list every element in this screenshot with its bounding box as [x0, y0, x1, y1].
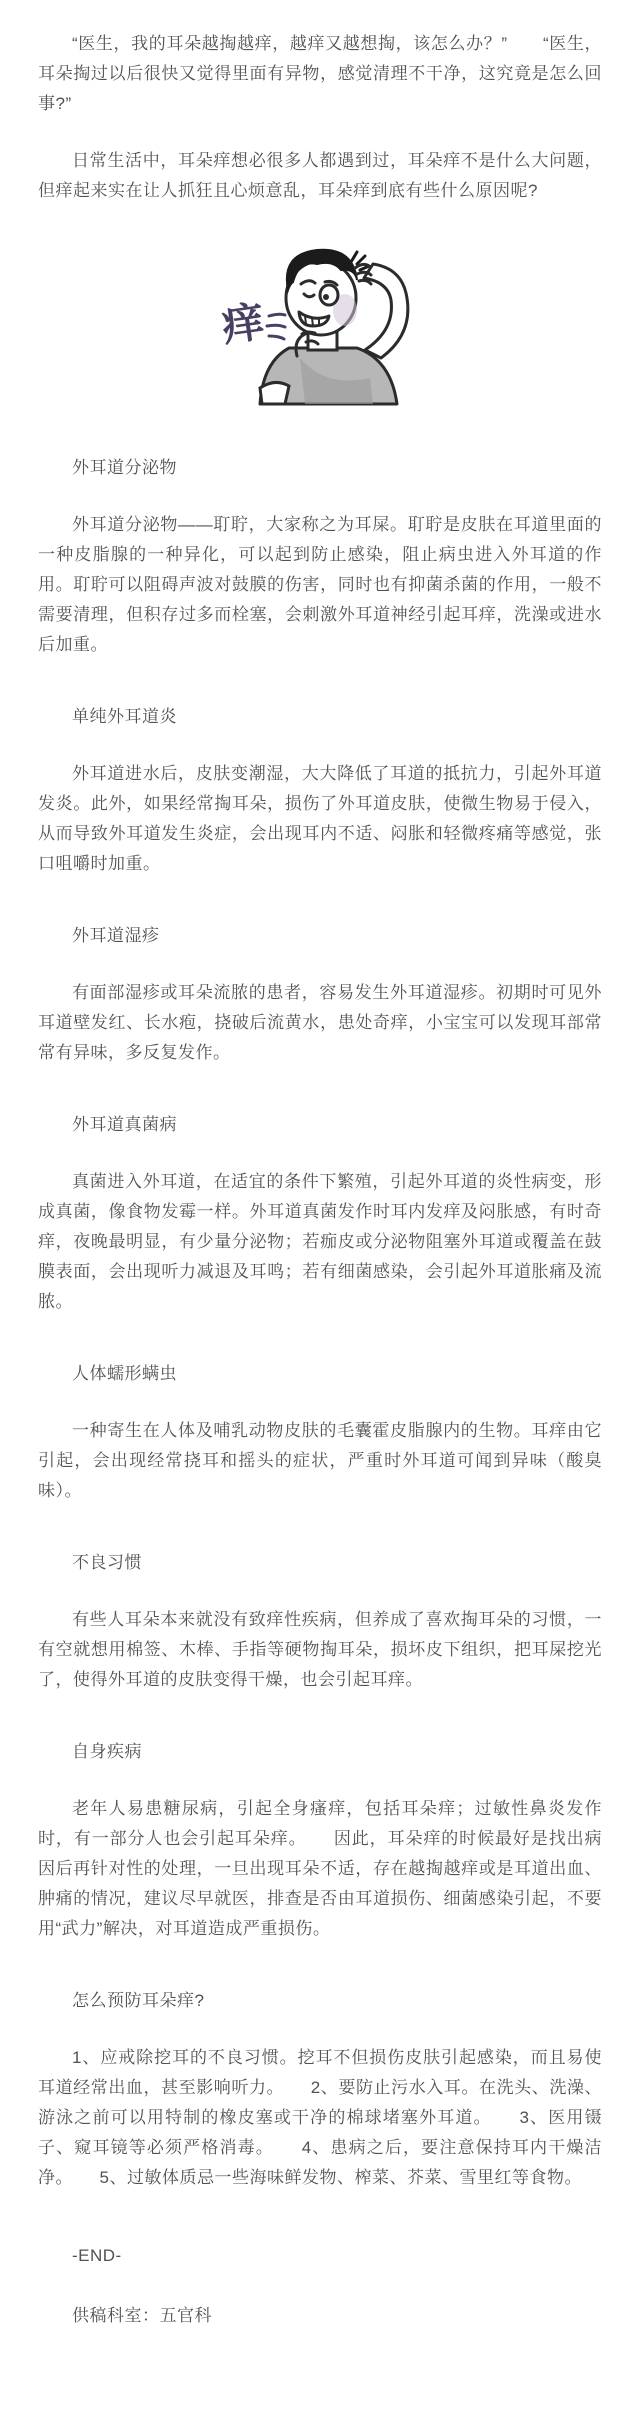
heading-simple-otitis-externa: 单纯外耳道炎 [38, 702, 602, 732]
paragraph-ear-canal-eczema: 有面部湿疹或耳朵流脓的患者，容易发生外耳道湿疹。初期时可见外耳道壁发红、长水疱，… [38, 978, 602, 1068]
itch-character-label: 痒 [219, 298, 267, 350]
itchy-ear-cartoon-illustration: 痒 [38, 238, 602, 411]
paragraph-ear-canal-secretion: 外耳道分泌物——耵聍，大家称之为耳屎。耵聍是皮肤在耳道里面的一种皮脂腺的一种异化… [38, 510, 602, 660]
article-body: “医生，我的耳朵越掏越痒，越痒又越想掏，该怎么办？” “医生，耳朵掏过以后很快又… [0, 0, 640, 2417]
paragraph-bad-habits: 有些人耳朵本来就没有致痒性疾病，但养成了喜欢掏耳朵的习惯，一有空就想用棉签、木棒… [38, 1605, 602, 1695]
intro-paragraph-dialog: “医生，我的耳朵越掏越痒，越痒又越想掏，该怎么办？” “医生，耳朵掏过以后很快又… [38, 29, 602, 119]
cartoon-scratching-ear-image: 痒 [205, 238, 435, 406]
heading-bad-habits: 不良习惯 [38, 1548, 602, 1578]
intro-paragraph-lead: 日常生活中，耳朵痒想必很多人都遇到过，耳朵痒不是什么大问题，但痒起来实在让人抓狂… [38, 146, 602, 206]
heading-ear-canal-eczema: 外耳道湿疹 [38, 921, 602, 951]
paragraph-own-diseases: 老年人易患糖尿病，引起全身瘙痒，包括耳朵痒；过敏性鼻炎发作时，有一部分人也会引起… [38, 1794, 602, 1944]
paragraph-simple-otitis-externa: 外耳道进水后，皮肤变潮湿，大大降低了耳道的抵抗力，引起外耳道发炎。此外，如果经常… [38, 759, 602, 879]
heading-prevention: 怎么预防耳朵痒? [38, 1986, 602, 2016]
heading-own-diseases: 自身疾病 [38, 1737, 602, 1767]
contributing-department: 供稿科室：五官科 [38, 2301, 602, 2331]
heading-demodex-mite: 人体蠕形螨虫 [38, 1359, 602, 1389]
paragraph-demodex-mite: 一种寄生在人体及哺乳动物皮肤的毛囊霍皮脂腺内的生物。耳痒由它引起，会出现经常挠耳… [38, 1416, 602, 1506]
heading-ear-canal-fungus: 外耳道真菌病 [38, 1110, 602, 1140]
paragraph-ear-canal-fungus: 真菌进入外耳道，在适宜的条件下繁殖，引起外耳道的炎性病变，形成真菌，像食物发霉一… [38, 1167, 602, 1317]
paragraph-prevention: 1、应戒除挖耳的不良习惯。挖耳不但损伤皮肤引起感染，而且易使耳道经常出血，甚至影… [38, 2043, 602, 2193]
heading-ear-canal-secretion: 外耳道分泌物 [38, 453, 602, 483]
end-marker: -END- [38, 2241, 602, 2271]
